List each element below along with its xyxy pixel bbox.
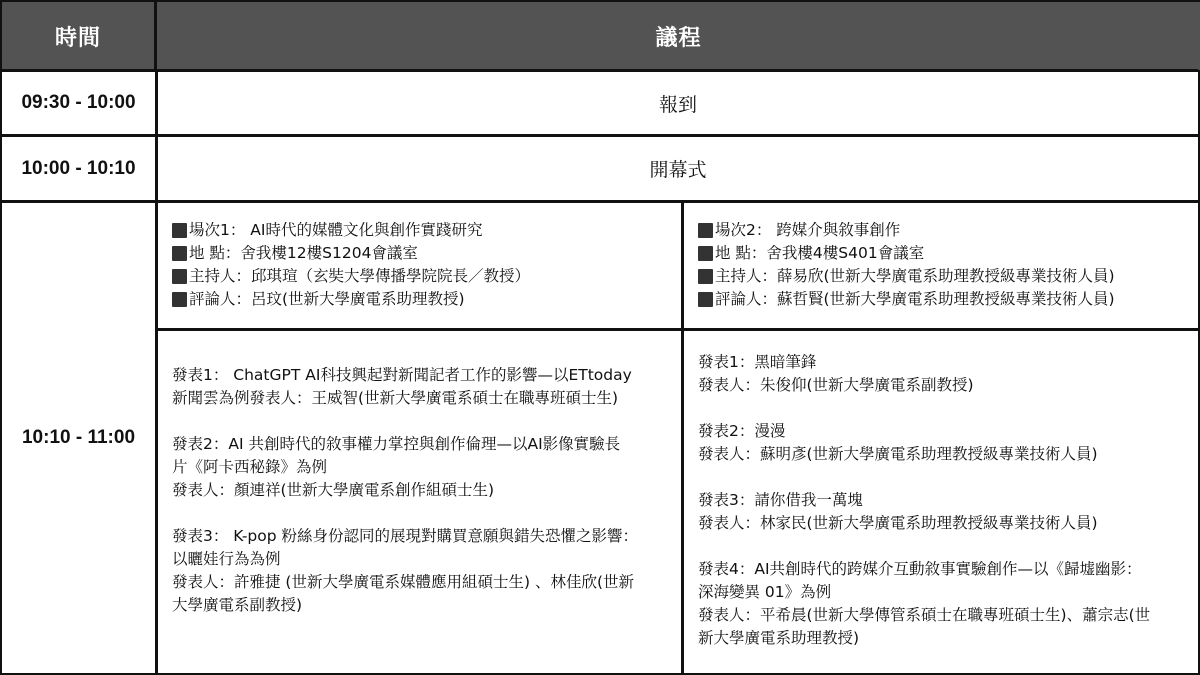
header-time: 時間: [2, 2, 157, 70]
session-commentator-text: 評論人：呂玟(世新大學廣電系助理教授): [189, 288, 465, 311]
row-item: 報到: [158, 72, 1198, 134]
session-commentator: 評論人：蘇哲賢(世新大學廣電系助理教授級專業技術人員): [698, 288, 1198, 311]
divider: [157, 328, 1198, 331]
item-label: 開幕式: [649, 155, 706, 182]
talk-item: 發表1：黑暗筆鋒 發表人：朱俊仰(世新大學廣電系副教授): [698, 351, 1184, 397]
square-bullet-icon: [172, 269, 187, 284]
agenda-table: 時間 議程 09:30 - 10:00 報到 10:00 - 10:10 開幕式…: [0, 0, 1200, 675]
talk-line: 發表人：顏連祥(世新大學廣電系創作組碩士生): [172, 479, 667, 502]
time-label: 10:10 - 11:00: [22, 427, 135, 449]
session-host-text: 主持人：薛易欣(世新大學廣電系助理教授級專業技術人員): [715, 265, 1115, 288]
session-host-text: 主持人：邱琪瑄（玄奘大學傳播學院院長／教授）: [189, 265, 530, 288]
header-time-label: 時間: [55, 21, 101, 52]
talk-line: 新大學廣電系助理教授): [698, 627, 1184, 650]
talk-line: 發表人：許雅捷 (世新大學廣電系媒體應用組碩士生) 、林佳欣(世新: [172, 571, 667, 594]
session-1-info: 場次1： AI時代的媒體文化與創作實踐研究 地 點：舍我樓12樓S1204會議室…: [158, 203, 681, 328]
session-commentator: 評論人：呂玟(世新大學廣電系助理教授): [172, 288, 681, 311]
session-2-info: 場次2： 跨媒介與敘事創作 地 點：舍我樓4樓S401會議室 主持人：薛易欣(世…: [684, 203, 1198, 328]
talk-line: 發表1：黑暗筆鋒: [698, 351, 1184, 374]
item-label: 報到: [659, 90, 697, 117]
row-time: 10:00 - 10:10: [2, 137, 155, 200]
square-bullet-icon: [698, 269, 713, 284]
session-commentator-text: 評論人：蘇哲賢(世新大學廣電系助理教授級專業技術人員): [715, 288, 1115, 311]
row-time: 10:10 - 11:00: [2, 203, 155, 673]
session-host: 主持人：邱琪瑄（玄奘大學傳播學院院長／教授）: [172, 265, 681, 288]
session-title: 場次1： AI時代的媒體文化與創作實踐研究: [172, 219, 681, 242]
talk-line: 發表人：朱俊仰(世新大學廣電系副教授): [698, 374, 1184, 397]
talk-line: 發表人：林家民(世新大學廣電系助理教授級專業技術人員): [698, 512, 1184, 535]
session-title: 場次2： 跨媒介與敘事創作: [698, 219, 1198, 242]
talk-line: 發表人：蘇明彥(世新大學廣電系助理教授級專業技術人員): [698, 443, 1184, 466]
talk-line: 大學廣電系副教授): [172, 594, 667, 617]
session-location-text: 地 點：舍我樓4樓S401會議室: [715, 242, 924, 265]
talk-line: 發表2：AI 共創時代的敘事權力掌控與創作倫理—以AI影像實驗長: [172, 433, 667, 456]
talk-line: 新聞雲為例發表人：王威智(世新大學廣電系碩士在職專班碩士生): [172, 387, 667, 410]
session-1-talks: 發表1： ChatGPT AI科技興起對新聞記者工作的影響—以ETtoday 新…: [158, 364, 681, 673]
talk-line: 深海變異 01》為例: [698, 581, 1184, 604]
talk-item: 發表3： K-pop 粉絲身份認同的展現對購買意願與錯失恐懼之影響： 以曬娃行為…: [172, 525, 667, 617]
talk-item: 發表1： ChatGPT AI科技興起對新聞記者工作的影響—以ETtoday 新…: [172, 364, 667, 410]
session-title-text: 場次2： 跨媒介與敘事創作: [715, 219, 900, 242]
talk-line: 發表3：請你借我一萬塊: [698, 489, 1184, 512]
talk-item: 發表2：漫漫 發表人：蘇明彥(世新大學廣電系助理教授級專業技術人員): [698, 420, 1184, 466]
session-2-talks: 發表1：黑暗筆鋒 發表人：朱俊仰(世新大學廣電系副教授) 發表2：漫漫 發表人：…: [684, 351, 1198, 673]
session-location: 地 點：舍我樓4樓S401會議室: [698, 242, 1198, 265]
talk-line: 以曬娃行為為例: [172, 548, 667, 571]
talk-line: 發表3： K-pop 粉絲身份認同的展現對購買意願與錯失恐懼之影響：: [172, 525, 667, 548]
square-bullet-icon: [172, 223, 187, 238]
header-agenda-label: 議程: [655, 21, 701, 52]
session-host: 主持人：薛易欣(世新大學廣電系助理教授級專業技術人員): [698, 265, 1198, 288]
talk-item: 發表2：AI 共創時代的敘事權力掌控與創作倫理—以AI影像實驗長 片《阿卡西秘錄…: [172, 433, 667, 502]
row-time: 09:30 - 10:00: [2, 72, 155, 134]
session-location-text: 地 點：舍我樓12樓S1204會議室: [189, 242, 418, 265]
time-label: 09:30 - 10:00: [21, 92, 135, 114]
time-label: 10:00 - 10:10: [21, 158, 135, 180]
talk-item: 發表4：AI共創時代的跨媒介互動敘事實驗創作—以《歸墟幽影： 深海變異 01》為…: [698, 558, 1184, 650]
session-title-text: 場次1： AI時代的媒體文化與創作實踐研究: [189, 219, 482, 242]
row-item: 開幕式: [158, 137, 1198, 200]
square-bullet-icon: [172, 246, 187, 261]
talk-line: 發表1： ChatGPT AI科技興起對新聞記者工作的影響—以ETtoday: [172, 364, 667, 387]
square-bullet-icon: [172, 292, 187, 307]
header-agenda: 議程: [157, 2, 1200, 70]
talk-item: 發表3：請你借我一萬塊 發表人：林家民(世新大學廣電系助理教授級專業技術人員): [698, 489, 1184, 535]
talk-line: 發表人：平希晨(世新大學傳管系碩士在職專班碩士生)、蕭宗志(世: [698, 604, 1184, 627]
session-location: 地 點：舍我樓12樓S1204會議室: [172, 242, 681, 265]
square-bullet-icon: [698, 223, 713, 238]
square-bullet-icon: [698, 246, 713, 261]
talk-line: 片《阿卡西秘錄》為例: [172, 456, 667, 479]
talk-line: 發表2：漫漫: [698, 420, 1184, 443]
square-bullet-icon: [698, 292, 713, 307]
talk-line: 發表4：AI共創時代的跨媒介互動敘事實驗創作—以《歸墟幽影：: [698, 558, 1184, 581]
